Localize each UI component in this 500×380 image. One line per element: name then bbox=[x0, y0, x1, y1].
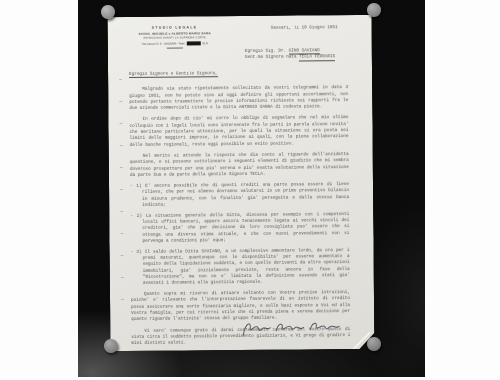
salutation-line: Egregio Signore e Gentile Signora, bbox=[129, 70, 348, 78]
list-item-3: - 3) Il saldo della Ditta SAVIANO, a un … bbox=[131, 248, 350, 288]
paragraph-3: Nel merito si attende la risposta che di… bbox=[130, 152, 349, 179]
redaction-box bbox=[187, 42, 201, 46]
recipient-title-1: Egregio Sig. Dr. bbox=[245, 49, 289, 54]
paper-edge-mark bbox=[120, 145, 123, 146]
date-line: Sassari, li 10 Giugno 1951 bbox=[271, 25, 338, 31]
list-item-1-marker: - 1) bbox=[130, 184, 142, 189]
letterhead-address-line: Via Cavour N. 6 - SASSARI - Telef. 51.8 bbox=[122, 41, 228, 46]
paper-edge-mark bbox=[119, 79, 122, 80]
letterhead-address-text: Via Cavour N. 6 - SASSARI - Telef. bbox=[142, 42, 185, 46]
letterhead-subtitle: PATROCINIO AVANTI LA SUPREMA CORTE bbox=[122, 36, 228, 40]
paper-edge-mark bbox=[120, 189, 123, 190]
pin-bottom-left bbox=[104, 339, 118, 353]
paper-edge-mark bbox=[120, 167, 123, 168]
letterhead-divider bbox=[167, 47, 183, 48]
salutation-text: Egregio Signore e Gentile Signora, bbox=[129, 71, 218, 78]
letterhead-firm-name: STUDIO LEGALE bbox=[122, 25, 228, 30]
list-item-2-marker: - 2) bbox=[130, 214, 142, 219]
paper-edge-mark bbox=[121, 299, 124, 300]
list-item-2-text: La situazione generale della Ditta, disc… bbox=[142, 212, 349, 244]
pin-top-right bbox=[367, 3, 381, 17]
letterhead-phone-suffix: 51.8 bbox=[202, 41, 207, 45]
recipient-line-2: Gent.ma Signora nata TECLA FERRARIS bbox=[245, 55, 335, 62]
list-item-1-text: E' ancora possibile che di questi credit… bbox=[142, 182, 349, 208]
pin-top-left bbox=[101, 5, 115, 19]
list-item-1: - 1) E' ancora possibile che di questi c… bbox=[130, 182, 349, 209]
list-item-3-marker: - 3) bbox=[131, 250, 142, 255]
page-background: STUDIO LEGALE AVVOC. MICHELE e ALBERTO M… bbox=[0, 0, 500, 380]
recipient-name-2: TECLA FERRARIS bbox=[299, 55, 335, 62]
letterhead-lawyers: AVVOC. MICHELE e ALBERTO MARIO SABA bbox=[122, 31, 228, 36]
letter-body: Egregio Signore e Gentile Signora, Malgr… bbox=[129, 70, 350, 352]
recipient-title-2: Gent.ma Signora nata bbox=[245, 55, 299, 60]
recipient-block: Egregio Sig. Dr. GINO SAVIANO Gent.ma Si… bbox=[245, 48, 335, 62]
paper-edge-mark bbox=[120, 211, 123, 212]
list-item-2: - 2) La situazione generale della Ditta,… bbox=[130, 212, 349, 245]
letter-paper: STUDIO LEGALE AVVOC. MICHELE e ALBERTO M… bbox=[108, 15, 375, 351]
paper-edge-mark bbox=[119, 123, 122, 124]
paper-edge-mark bbox=[119, 101, 122, 102]
pin-bottom-right bbox=[367, 337, 381, 351]
paper-edge-mark bbox=[121, 255, 124, 256]
paragraph-2: In ordine dopo di cio' mi corre lo obbli… bbox=[129, 116, 348, 149]
photo-of-letter: STUDIO LEGALE AVVOC. MICHELE e ALBERTO M… bbox=[78, 0, 425, 377]
paper-edge-mark bbox=[120, 233, 123, 234]
paper-edge-mark bbox=[121, 277, 124, 278]
handwritten-signature bbox=[238, 314, 342, 345]
letterhead: STUDIO LEGALE AVVOC. MICHELE e ALBERTO M… bbox=[122, 25, 228, 49]
paragraph-1: Malgrado sia stato ripetutamente solleci… bbox=[129, 85, 348, 112]
list-item-3-text: Il saldo della Ditta SAVIANO, a un compl… bbox=[143, 248, 350, 286]
